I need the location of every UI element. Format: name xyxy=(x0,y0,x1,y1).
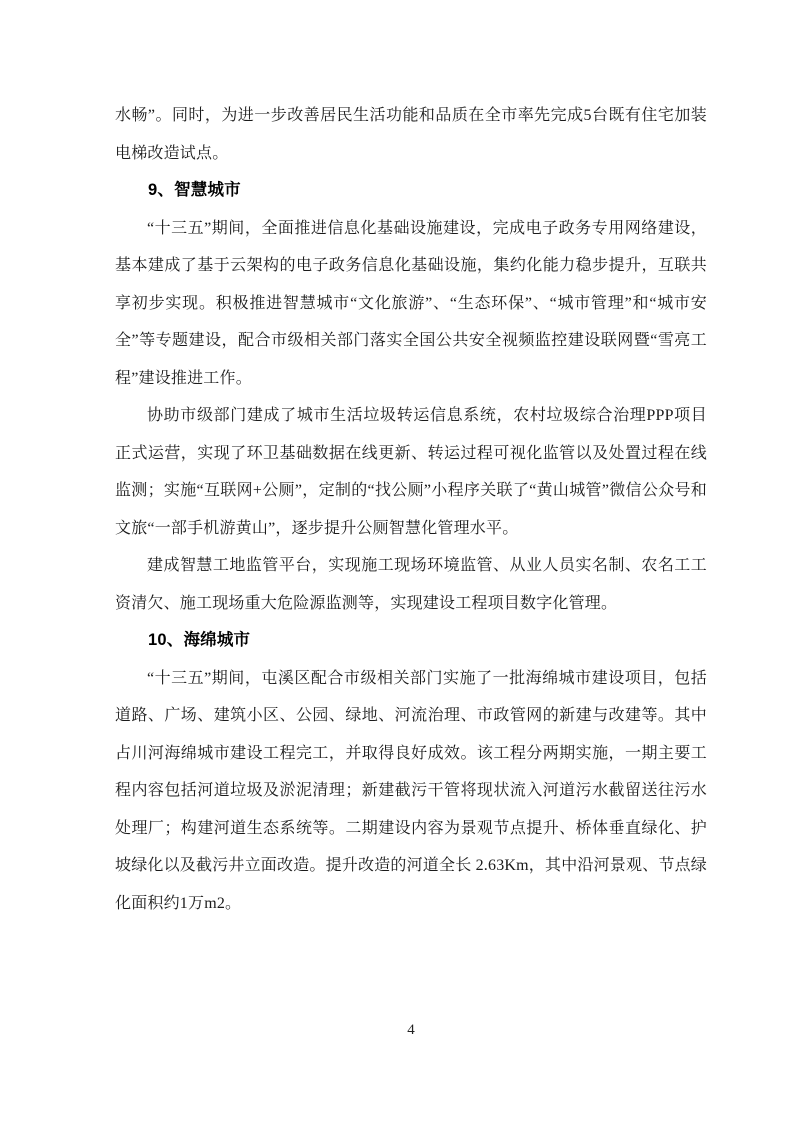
body-paragraph: 建成智慧工地监管平台，实现施工现场环境监管、从业人员实名制、农名工工资清欠、施工… xyxy=(115,547,707,622)
body-paragraph: “十三五”期间，全面推进信息化基础设施建设，完成电子政务专用网络建设，基本建成了… xyxy=(115,210,707,398)
body-paragraph: “十三五”期间，屯溪区配合市级相关部门实施了一批海绵城市建设项目，包括道路、广场… xyxy=(115,660,707,923)
document-page: 水畅”。同时，为进一步改善居民生活功能和品质在全市率先完成5台既有住宅加装电梯改… xyxy=(0,0,793,1122)
body-paragraph: 协助市级部门建成了城市生活垃圾转运信息系统，农村垃圾综合治理PPP项目正式运营，… xyxy=(115,397,707,547)
page-number: 4 xyxy=(407,1022,415,1038)
document-body: 水畅”。同时，为进一步改善居民生活功能和品质在全市率先完成5台既有住宅加装电梯改… xyxy=(115,97,707,922)
section-heading: 10、海绵城市 xyxy=(115,622,707,660)
page-footer: 4 xyxy=(115,1020,707,1040)
body-paragraph: 水畅”。同时，为进一步改善居民生活功能和品质在全市率先完成5台既有住宅加装电梯改… xyxy=(115,97,707,172)
section-heading: 9、智慧城市 xyxy=(115,172,707,210)
